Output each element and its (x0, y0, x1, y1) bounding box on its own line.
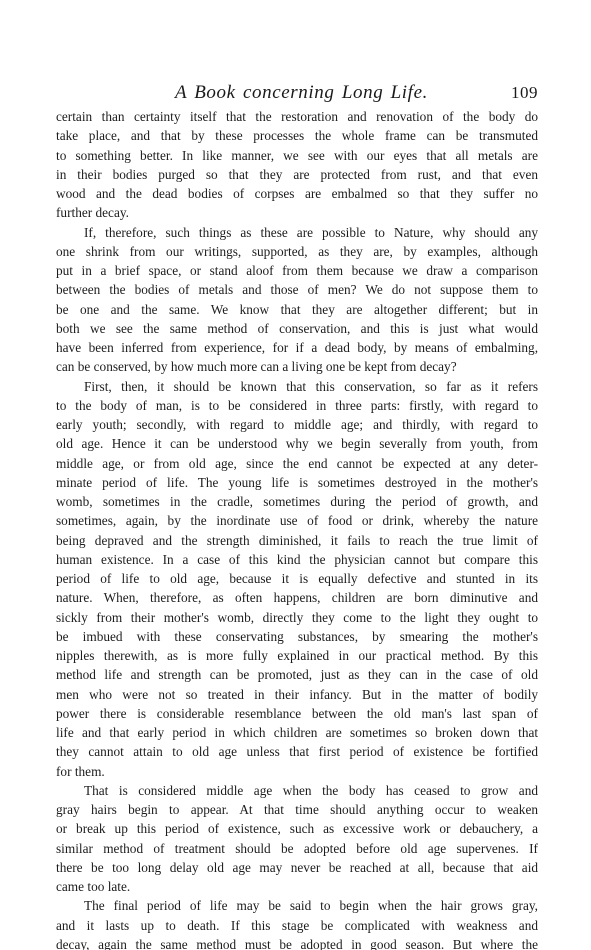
text-line: wood and the dead bodies of corpses are … (56, 184, 538, 203)
text-line: old age. Hence it can be understood why … (56, 434, 538, 453)
text-line: sometimes, again, by the inordinate use … (56, 511, 538, 530)
text-line: take place, and that by these processes … (56, 126, 538, 145)
text-line: womb, sometimes in the cradle, sometimes… (56, 492, 538, 511)
text-line: to something better. In like manner, we … (56, 146, 538, 165)
text-line: one shrink from our writings, supported,… (56, 242, 538, 261)
text-line: both we see the same method of conservat… (56, 319, 538, 338)
text-line: or break up this period of existence, su… (56, 819, 538, 838)
text-line: decay, again the same method must be ado… (56, 935, 538, 950)
book-page: A Book concerning Long Life. 109 certain… (0, 0, 591, 950)
page-number: 109 (511, 83, 538, 103)
paragraph: The final period of life may be said to … (56, 896, 538, 950)
text-line: middle age, or from old age, since the e… (56, 454, 538, 473)
text-line: in their bodies purged so that they are … (56, 165, 538, 184)
text-line: they cannot attain to old age unless tha… (56, 742, 538, 761)
text-line: power there is considerable resemblance … (56, 704, 538, 723)
text-line: put in a brief space, or stand aloof fro… (56, 261, 538, 280)
text-line: The final period of life may be said to … (56, 896, 538, 915)
text-line: certain than certainty itself that the r… (56, 107, 538, 126)
text-line: That is considered middle age when the b… (56, 781, 538, 800)
text-line: minate period of life. The young life is… (56, 473, 538, 492)
text-line: life and that early period in which chil… (56, 723, 538, 742)
paragraph: certain than certainty itself that the r… (56, 107, 538, 223)
body-text: certain than certainty itself that the r… (56, 107, 538, 950)
text-line: be one and the same. We know that they a… (56, 300, 538, 319)
text-line: have been inferred from experience, for … (56, 338, 538, 357)
text-line: early youth; secondly, with regard to mi… (56, 415, 538, 434)
text-line: and it lasts up to death. If this stage … (56, 916, 538, 935)
text-line: men who were not so treated in their inf… (56, 685, 538, 704)
running-head: A Book concerning Long Life. 109 (55, 82, 538, 106)
text-line: nature. When, therefore, as often happen… (56, 588, 538, 607)
text-line: method life and strength can be promoted… (56, 665, 538, 684)
paragraph: First, then, it should be known that thi… (56, 377, 538, 781)
text-line: there be too long delay old age may neve… (56, 858, 538, 877)
text-line: be imbued with these conservating substa… (56, 627, 538, 646)
text-line: human existence. In a case of this kind … (56, 550, 538, 569)
text-line: between the bodies of metals and those o… (56, 280, 538, 299)
paragraph: That is considered middle age when the b… (56, 781, 538, 897)
running-title: A Book concerning Long Life. (175, 82, 428, 104)
text-line: for them. (56, 762, 538, 781)
text-line: similar method of treatment should be ad… (56, 839, 538, 858)
text-line: being depraved and the strength diminish… (56, 531, 538, 550)
text-line: can be conserved, by how much more can a… (56, 357, 538, 376)
text-line: to the body of man, is to be considered … (56, 396, 538, 415)
text-line: First, then, it should be known that thi… (56, 377, 538, 396)
text-line: period of life to old age, because it is… (56, 569, 538, 588)
text-line: If, therefore, such things as these are … (56, 223, 538, 242)
text-line: further decay. (56, 203, 538, 222)
text-line: gray hairs begin to appear. At that time… (56, 800, 538, 819)
text-line: came too late. (56, 877, 538, 896)
text-line: sickly from their mother's womb, directl… (56, 608, 538, 627)
text-line: nipples therewith, as is more fully expl… (56, 646, 538, 665)
paragraph: If, therefore, such things as these are … (56, 223, 538, 377)
